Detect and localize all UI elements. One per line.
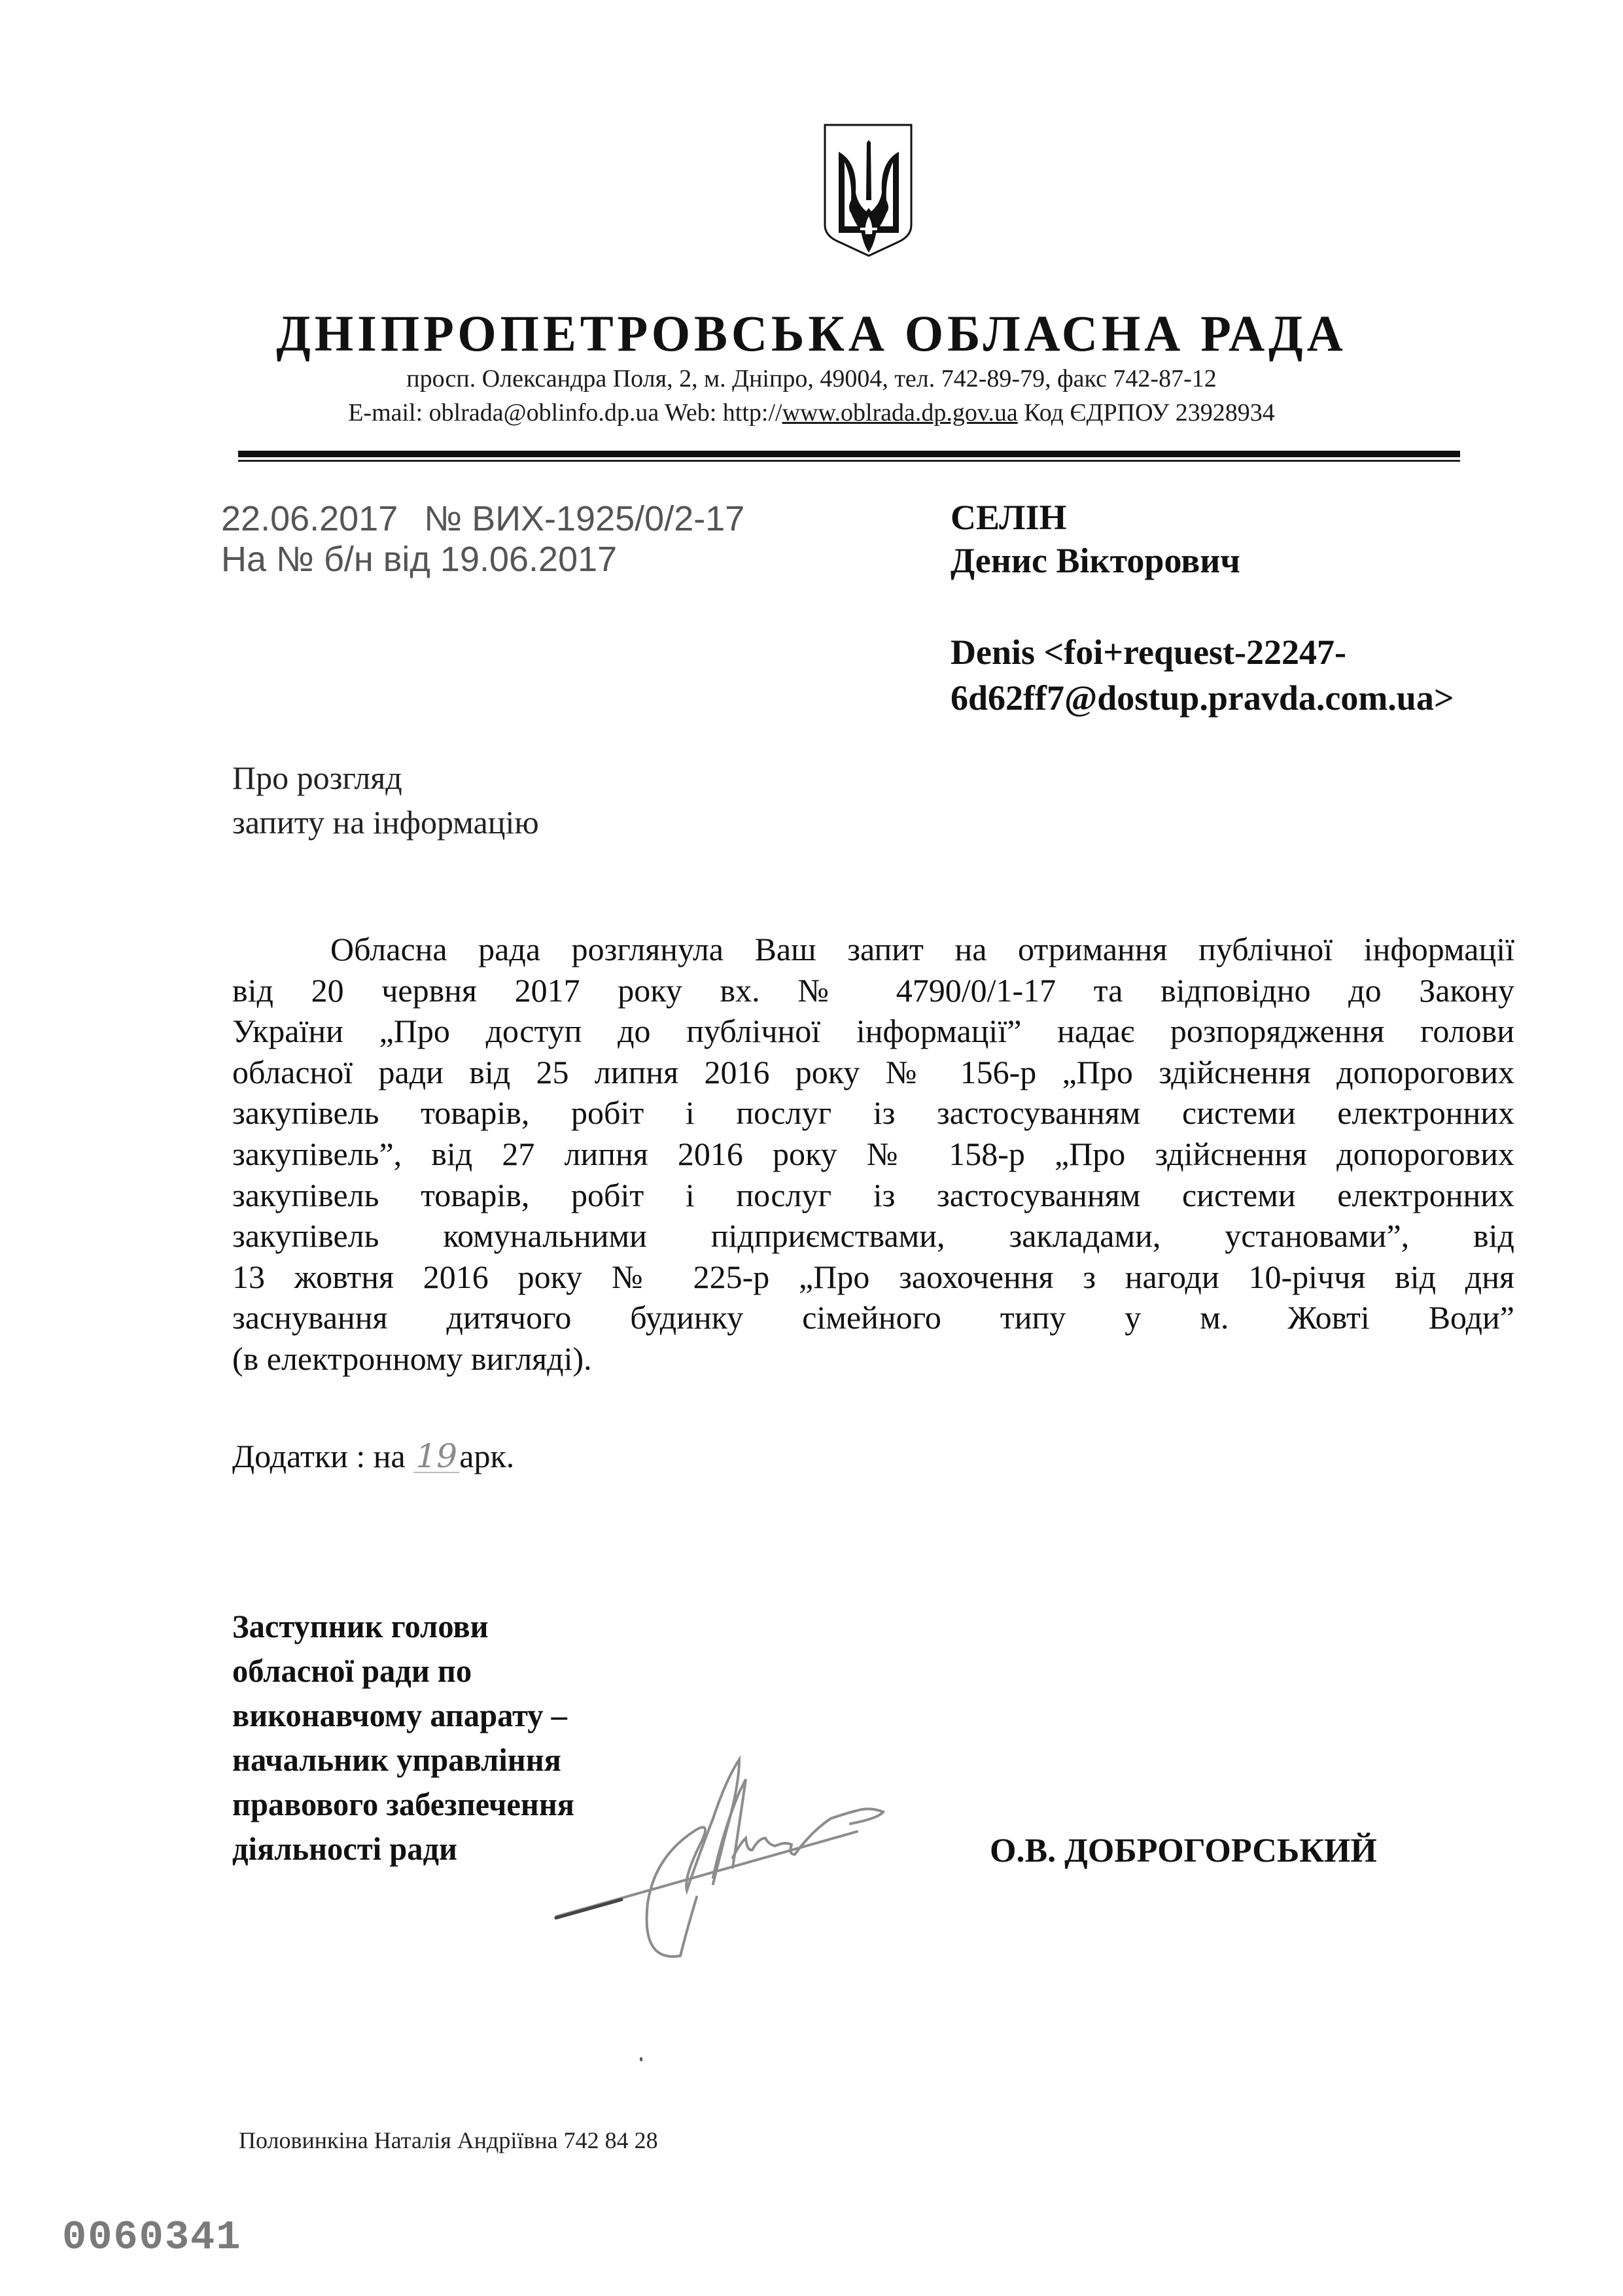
letter-date: 22.06.2017 (221, 499, 398, 538)
edrpou-code: Код ЄДРПОУ 23928934 (1018, 399, 1275, 426)
address-line: просп. Олександра Поля, 2, м. Дніпро, 49… (0, 364, 1623, 394)
body-line: обласної ради від 25 липня 2016 року № 1… (232, 1052, 1514, 1093)
contact-line: E-mail: oblrada@oblinfo.dp.ua Web: http:… (0, 398, 1623, 428)
body-line: від 20 червня 2017 року вх. № 4790/0/1-1… (232, 970, 1514, 1011)
body-line: закупівель комунальними підприємствами, … (232, 1215, 1514, 1257)
body-line: Обласна рада розглянула Ваш запит на отр… (232, 929, 1514, 970)
reply-reference: На № б/н від 19.06.2017 (221, 540, 617, 579)
body-line: (в електронному вигляді). (232, 1338, 1514, 1380)
signatory-position: Заступник голови обласної ради по викона… (232, 1604, 574, 1871)
recipient-email-line1: Denis <foi+request-22247- (951, 632, 1346, 672)
attachments-suffix: арк. (459, 1438, 514, 1474)
body-line: 13 жовтня 2016 року № 225-р „Про заохоче… (232, 1257, 1514, 1298)
position-line: Заступник голови (232, 1604, 574, 1648)
attachments-note: Додатки : на 19арк. (232, 1436, 514, 1476)
position-line: правового забезпечення (232, 1782, 574, 1826)
scan-speck (640, 2057, 642, 2061)
website-link[interactable]: www.oblrada.dp.gov.ua (782, 399, 1018, 426)
email-web-prefix: E-mail: oblrada@oblinfo.dp.ua Web: http:… (348, 399, 782, 426)
recipient-email-line2: 6d62ff7@dostup.pravda.com.ua> (951, 678, 1454, 718)
position-line: діяльності ради (232, 1826, 574, 1871)
signatory-name: О.В. ДОБРОГОРСЬКИЙ (990, 1832, 1377, 1871)
organization-title: ДНІПРОПЕТРОВСЬКА ОБЛАСНА РАДА (16, 304, 1607, 363)
coat-of-arms-icon (820, 122, 918, 266)
executor-contact: Половинкіна Наталія Андріївна 742 84 28 (239, 2126, 658, 2155)
handwritten-signature-icon (543, 1747, 1014, 1969)
registration-stamp: 0060341 (62, 2214, 241, 2261)
attachments-prefix: Додатки : на (232, 1438, 413, 1474)
position-line: виконавчому апарату – (232, 1693, 574, 1737)
body-line: України „Про доступ до публічної інформа… (232, 1011, 1514, 1052)
header-rule-thin (238, 460, 1460, 462)
outgoing-number: № ВИХ-1925/0/2-17 (424, 499, 744, 538)
body-line: закупівель”, від 27 липня 2016 року № 15… (232, 1134, 1514, 1175)
outgoing-reference: 22.06.2017№ ВИХ-1925/0/2-17 (221, 499, 744, 538)
body-line: заснування дитячого будинку сімейного ти… (232, 1297, 1514, 1338)
subject-line2: запиту на інформацію (232, 802, 539, 843)
position-line: обласної ради по (232, 1648, 574, 1693)
position-line: начальник управління (232, 1737, 574, 1782)
body-line: закупівель товарів, робіт і послуг із за… (232, 1092, 1514, 1134)
subject-line1: Про розгляд (232, 757, 402, 798)
recipient-name: Денис Вікторович (951, 540, 1240, 581)
header-rule-thick (238, 451, 1460, 457)
recipient-surname: СЕЛІН (951, 497, 1067, 538)
attachments-sheet-count: 19 (413, 1440, 459, 1473)
body-line: закупівель товарів, робіт і послуг із за… (232, 1175, 1514, 1216)
letter-body: Обласна рада розглянула Ваш запит на отр… (232, 929, 1514, 1380)
